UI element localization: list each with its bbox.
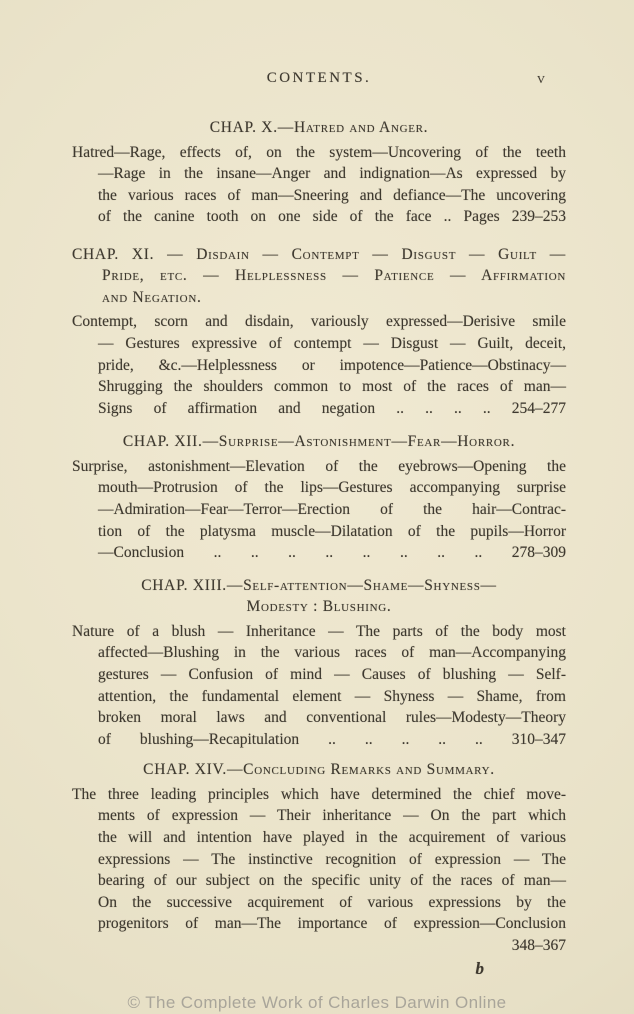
chapter-heading-line: CHAP. XIII.—Self-attention—Shame—Shyness… <box>72 575 566 597</box>
summary-line: pride, &c.—Helplessness or impotence—Pat… <box>72 355 566 377</box>
chapter-heading-line: CHAP. XIV.—Concluding Remarks and Summar… <box>72 759 566 781</box>
scanned-book-page: CONTENTS. v CHAP. X.—Hatred and Anger.Ha… <box>0 0 634 1014</box>
chapter-heading-line: CHAP. XI. — Disdain — Contempt — Disgust… <box>72 244 566 266</box>
page-content: CONTENTS. v CHAP. X.—Hatred and Anger.Ha… <box>72 68 566 980</box>
summary-line: of blushing—Recapitulation .. .. .. .. .… <box>72 729 566 751</box>
chapter-heading: CHAP. XIV.—Concluding Remarks and Summar… <box>72 759 566 781</box>
chapter-heading: CHAP. XII.—Surprise—Astonishment—Fear—Ho… <box>72 431 566 453</box>
summary-line: The three leading principles which have … <box>72 784 566 806</box>
toc-section: CHAP. X.—Hatred and Anger.Hatred—Rage, e… <box>72 117 566 228</box>
summary-line: Nature of a blush — Inheritance — The pa… <box>72 621 566 643</box>
toc-section: CHAP. XIII.—Self-attention—Shame—Shyness… <box>72 575 566 751</box>
summary-line: —Rage in the insane—Anger and indignatio… <box>72 163 566 185</box>
summary-line: Signs of affirmation and negation .. .. … <box>72 398 566 420</box>
summary-line: Hatred—Rage, effects of, on the system—U… <box>72 142 566 164</box>
summary-line: On the successive acquirement of various… <box>72 892 566 914</box>
summary-line: gestures — Confusion of mind — Causes of… <box>72 664 566 686</box>
chapter-summary: Surprise, astonishment—Elevation of the … <box>72 456 566 564</box>
chapter-heading: CHAP. XI. — Disdain — Contempt — Disgust… <box>72 244 566 309</box>
chapter-heading-line: Pride, etc. — Helplessness — Patience — … <box>72 265 566 287</box>
summary-line: affected—Blushing in the various races o… <box>72 642 566 664</box>
chapter-heading-line: CHAP. XII.—Surprise—Astonishment—Fear—Ho… <box>72 431 566 453</box>
chapter-heading: CHAP. XIII.—Self-attention—Shame—Shyness… <box>72 575 566 618</box>
summary-line: —Conclusion .. .. .. .. .. .. .. .. 278–… <box>72 542 566 564</box>
summary-line: mouth—Protrusion of the lips—Gestures ac… <box>72 477 566 499</box>
running-head: CONTENTS. v <box>72 68 566 90</box>
page-title: CONTENTS. <box>72 68 566 88</box>
summary-line: of the canine tooth on one side of the f… <box>72 206 566 228</box>
summary-line: the will and intention have played in th… <box>72 827 566 849</box>
summary-line: Shrugging the shoulders common to most o… <box>72 376 566 398</box>
chapter-heading-line: and Negation. <box>72 287 566 309</box>
toc-section: CHAP. XII.—Surprise—Astonishment—Fear—Ho… <box>72 431 566 563</box>
summary-line: Surprise, astonishment—Elevation of the … <box>72 456 566 478</box>
watermark: © The Complete Work of Charles Darwin On… <box>0 992 634 1014</box>
summary-line: bearing of our subject on the specific u… <box>72 870 566 892</box>
chapter-summary: Hatred—Rage, effects of, on the system—U… <box>72 142 566 228</box>
chapter-summary: Contempt, scorn and disdain, variously e… <box>72 311 566 419</box>
chapter-heading: CHAP. X.—Hatred and Anger. <box>72 117 566 139</box>
summary-line: progenitors of man—The importance of exp… <box>72 913 566 935</box>
summary-line: broken moral laws and conventional rules… <box>72 707 566 729</box>
toc-sections: CHAP. X.—Hatred and Anger.Hatred—Rage, e… <box>72 117 566 957</box>
summary-line: tion of the platysma muscle—Dilatation o… <box>72 521 566 543</box>
summary-line: attention, the fundamental element — Shy… <box>72 686 566 708</box>
signature-mark: b <box>72 958 566 980</box>
folio-page-number: v <box>537 69 545 89</box>
summary-line: ments of expression — Their inheritance … <box>72 805 566 827</box>
summary-line: expressions — The instinctive recognitio… <box>72 849 566 871</box>
summary-line: — Gestures expressive of contempt — Disg… <box>72 333 566 355</box>
toc-section: CHAP. XI. — Disdain — Contempt — Disgust… <box>72 244 566 419</box>
toc-section: CHAP. XIV.—Concluding Remarks and Summar… <box>72 759 566 956</box>
chapter-summary: The three leading principles which have … <box>72 784 566 935</box>
page-range: 348–367 <box>72 935 566 957</box>
chapter-heading-line: CHAP. X.—Hatred and Anger. <box>72 117 566 139</box>
summary-line: the various races of man—Sneering and de… <box>72 185 566 207</box>
summary-line: Contempt, scorn and disdain, variously e… <box>72 311 566 333</box>
chapter-heading-line: Modesty : Blushing. <box>72 596 566 618</box>
summary-line: —Admiration—Fear—Terror—Erection of the … <box>72 499 566 521</box>
chapter-summary: Nature of a blush — Inheritance — The pa… <box>72 621 566 751</box>
